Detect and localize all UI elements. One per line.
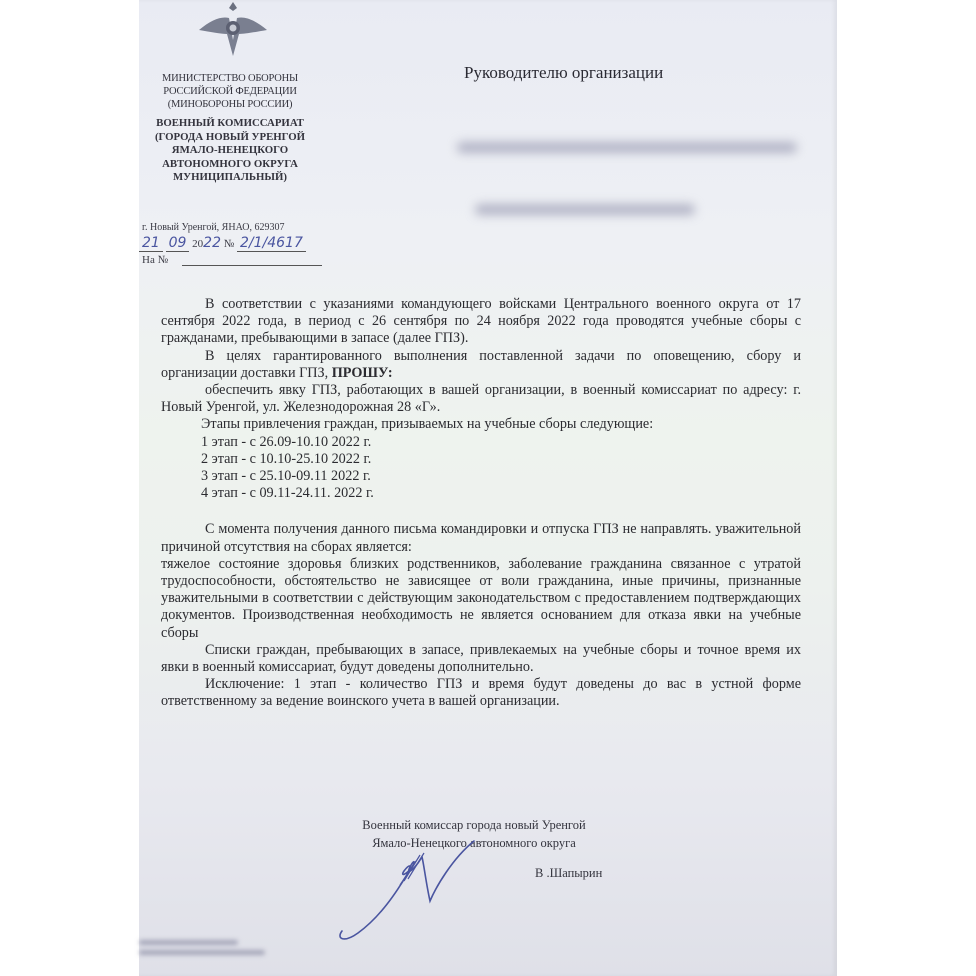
paragraph-ensure: обеспечить явку ГПЗ, работающих в вашей … [161, 382, 801, 416]
ministry-name: МИНИСТЕРСТВО ОБОРОНЫ РОССИЙСКОЙ ФЕДЕРАЦИ… [139, 72, 321, 111]
redacted-addressee-line-2 [475, 192, 695, 226]
request-keyword: ПРОШУ: [332, 365, 393, 381]
paragraph-request: В целях гарантированного выполнения пост… [161, 348, 801, 382]
stage-item: 3 этап - с 25.10-09.11 2022 г. [201, 468, 801, 485]
stages-list: 1 этап - с 26.09-10.10 2022 г. 2 этап - … [161, 434, 801, 503]
paragraph-no-leave: С момента получения данного письма коман… [161, 521, 801, 555]
addressee-title: Руководителю организации [464, 63, 663, 83]
paragraph-exception: Исключение: 1 этап - количество ГПЗ и вр… [161, 676, 801, 710]
stage-item: 2 этап - с 10.10-25.10 2022 г. [201, 451, 801, 468]
commissariat-name: ВОЕННЫЙ КОМИССАРИАТ (ГОРОДА НОВЫЙ УРЕНГО… [139, 117, 321, 185]
date-month: 09 [166, 235, 190, 252]
stage-item: 4 этап - с 09.11-24.11. 2022 г. [201, 485, 801, 502]
stage-item: 1 этап - с 26.09-10.10 2022 г. [201, 434, 801, 451]
handwritten-signature-icon [334, 835, 494, 945]
redacted-addressee-line-1 [457, 130, 797, 164]
letter-page: МИНИСТЕРСТВО ОБОРОНЫ РОССИЙСКОЙ ФЕДЕРАЦИ… [139, 0, 837, 976]
eagle-emblem-icon [197, 0, 269, 58]
sender-address: г. Новый Уренгой, ЯНАО, 629307 [142, 222, 285, 233]
date-day: 21 [139, 235, 163, 252]
redacted-executor-info [139, 940, 319, 960]
letter-body: В соответствии с указаниями командующего… [161, 296, 801, 711]
paragraph-valid-reasons: тяжелое состояние здоровья близких родст… [161, 556, 801, 642]
letter-date-number: 21 09 2022 № 2/1/4617 [139, 235, 306, 251]
reply-blank [182, 255, 322, 266]
signatory-name: В .Шапырин [535, 866, 602, 881]
letter-number: 2/1/4617 [237, 235, 306, 252]
stages-intro: Этапы привлечения граждан, призываемых н… [161, 416, 801, 433]
sender-header: МИНИСТЕРСТВО ОБОРОНЫ РОССИЙСКОЙ ФЕДЕРАЦИ… [139, 72, 321, 185]
paragraph-intro: В соответствии с указаниями командующего… [161, 296, 801, 348]
reply-reference: На № [142, 254, 322, 266]
paragraph-lists: Списки граждан, пребывающих в запасе, пр… [161, 642, 801, 676]
